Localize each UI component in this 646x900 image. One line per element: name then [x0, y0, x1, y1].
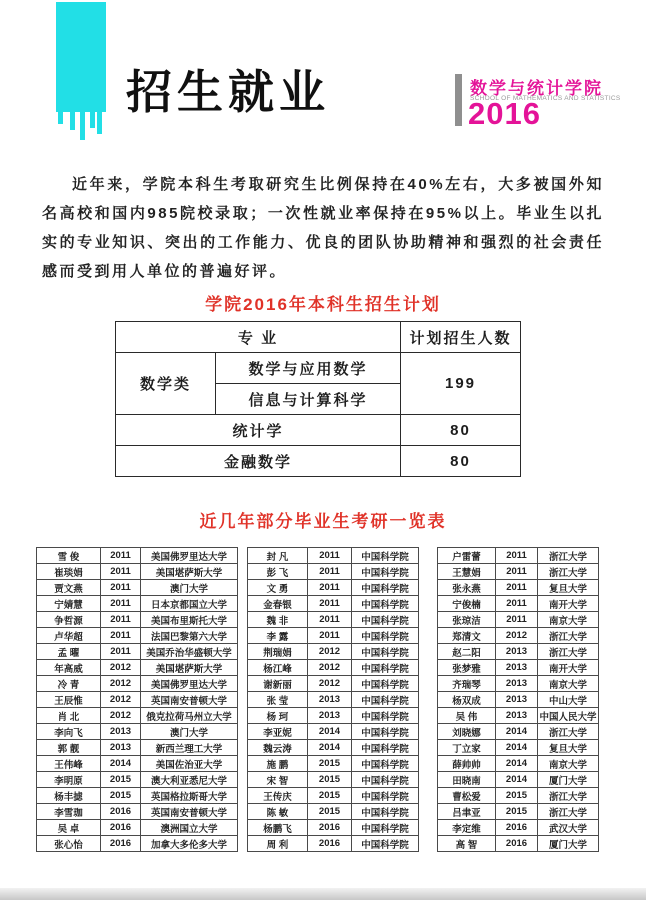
grad-name: 张心怡 — [37, 836, 101, 852]
grad-school: 美国堪萨斯大学 — [141, 564, 238, 580]
grad-year: 2013 — [496, 676, 538, 692]
grad-row: 冷 青2012美国佛罗里达大学 — [37, 676, 238, 692]
grad-row: 李定维2016武汉大学 — [438, 820, 599, 836]
grad-name: 李明原 — [37, 772, 101, 788]
grad-row: 杨鹏飞2016中国科学院 — [248, 820, 419, 836]
grad-row: 张永燕2011复旦大学 — [438, 580, 599, 596]
grad-year: 2011 — [496, 564, 538, 580]
grad-name: 张琼洁 — [438, 612, 496, 628]
grad-year: 2016 — [101, 836, 141, 852]
grad-year: 2011 — [101, 628, 141, 644]
grad-row: 争哲源2011美国布里斯托大学 — [37, 612, 238, 628]
grad-row: 张 莹2013中国科学院 — [248, 692, 419, 708]
grad-school: 复旦大学 — [538, 580, 599, 596]
grad-name: 齐瑞琴 — [438, 676, 496, 692]
grad-name: 杨江峰 — [248, 660, 308, 676]
grad-school: 美国佐治亚大学 — [141, 756, 238, 772]
grad-table-abroad: 雪 俊2011美国佛罗里达大学崔琰娟2011美国堪萨斯大学贾文燕2011澳门大学… — [36, 547, 238, 852]
grad-school: 美国布里斯托大学 — [141, 612, 238, 628]
grad-school: 中国科学院 — [352, 644, 419, 660]
grad-name: 雪 俊 — [37, 548, 101, 564]
grad-name: 吕聿亚 — [438, 804, 496, 820]
grad-year: 2014 — [308, 740, 352, 756]
grad-row: 王传庆2015中国科学院 — [248, 788, 419, 804]
grad-year: 2011 — [101, 564, 141, 580]
page-bottom-scan-shadow — [0, 888, 646, 900]
grad-year: 2011 — [496, 548, 538, 564]
grad-row: 杨 珂2013中国科学院 — [248, 708, 419, 724]
grad-year: 2012 — [101, 692, 141, 708]
grad-row: 李明原2015澳大利亚悉尼大学 — [37, 772, 238, 788]
admission-planned: 80 — [401, 446, 521, 477]
grad-name: 争哲源 — [37, 612, 101, 628]
grad-school: 俄克拉荷马州立大学 — [141, 708, 238, 724]
grad-year: 2011 — [101, 548, 141, 564]
grad-row: 李向飞2013澳门大学 — [37, 724, 238, 740]
grad-name: 肖 北 — [37, 708, 101, 724]
grad-year: 2011 — [308, 564, 352, 580]
grad-year: 2011 — [101, 580, 141, 596]
grad-name: 王伟峰 — [37, 756, 101, 772]
grad-year: 2012 — [308, 676, 352, 692]
grad-school: 中国科学院 — [352, 692, 419, 708]
grad-name: 李定维 — [438, 820, 496, 836]
grad-name: 王辰惟 — [37, 692, 101, 708]
grad-name: 宁俊楠 — [438, 596, 496, 612]
grad-school: 美国佛罗里达大学 — [141, 548, 238, 564]
grad-year: 2014 — [101, 756, 141, 772]
grad-school: 加拿大多伦多大学 — [141, 836, 238, 852]
grad-row: 施 鹏2015中国科学院 — [248, 756, 419, 772]
grad-row: 贾文燕2011澳门大学 — [37, 580, 238, 596]
grad-school: 浙江大学 — [538, 564, 599, 580]
grad-school: 美国佛罗里达大学 — [141, 676, 238, 692]
grad-row: 宁俊楠2011南开大学 — [438, 596, 599, 612]
grad-year: 2013 — [308, 708, 352, 724]
grad-school: 中山大学 — [538, 692, 599, 708]
grad-school: 武汉大学 — [538, 820, 599, 836]
grad-row: 杨双成2013中山大学 — [438, 692, 599, 708]
grad-name: 荆瑞娟 — [248, 644, 308, 660]
section-title-admission-plan: 学院2016年本科生招生计划 — [0, 290, 646, 315]
grad-school: 南京大学 — [538, 676, 599, 692]
grad-row: 李雪珈2016英国南安普顿大学 — [37, 804, 238, 820]
grad-row: 魏云涛2014中国科学院 — [248, 740, 419, 756]
grad-name: 曹松爱 — [438, 788, 496, 804]
grad-name: 李雪珈 — [37, 804, 101, 820]
grad-school: 澳门大学 — [141, 580, 238, 596]
grad-year: 2016 — [308, 836, 352, 852]
grad-row: 李 露2011中国科学院 — [248, 628, 419, 644]
grad-name: 郑清文 — [438, 628, 496, 644]
admission-major: 统计学 — [116, 415, 401, 446]
grad-school: 日本京都国立大学 — [141, 596, 238, 612]
grad-name: 谢新丽 — [248, 676, 308, 692]
logo-drip-bar — [90, 112, 95, 128]
grad-name: 金春银 — [248, 596, 308, 612]
grad-year: 2011 — [101, 596, 141, 612]
grad-name: 丁立家 — [438, 740, 496, 756]
grad-year: 2011 — [308, 596, 352, 612]
grad-row: 崔琰娟2011美国堪萨斯大学 — [37, 564, 238, 580]
grad-name: 田晓南 — [438, 772, 496, 788]
grad-name: 孟 曜 — [37, 644, 101, 660]
grad-name: 冷 青 — [37, 676, 101, 692]
grad-school: 中国科学院 — [352, 596, 419, 612]
grad-row: 齐瑞琴2013南京大学 — [438, 676, 599, 692]
grad-school: 中国科学院 — [352, 836, 419, 852]
admission-sub-major: 数学与应用数学 — [216, 353, 401, 384]
grad-school: 中国科学院 — [352, 772, 419, 788]
grad-row: 金春银2011中国科学院 — [248, 596, 419, 612]
grad-year: 2013 — [101, 740, 141, 756]
grad-year: 2012 — [496, 628, 538, 644]
grad-name: 李亚妮 — [248, 724, 308, 740]
logo-drip-bar — [80, 112, 85, 140]
grad-school: 英国格拉斯哥大学 — [141, 788, 238, 804]
grad-name: 李 露 — [248, 628, 308, 644]
intro-paragraph: 近年来，学院本科生考取研究生比例保持在40%左右，大多被国外知名高校和国内985… — [42, 170, 604, 286]
college-logo-mark-icon — [56, 2, 106, 112]
grad-row: 吕聿亚2015浙江大学 — [438, 804, 599, 820]
grad-school: 浙江大学 — [538, 788, 599, 804]
grad-year: 2014 — [496, 756, 538, 772]
grad-year: 2015 — [308, 788, 352, 804]
grad-row: 陈 敏2015中国科学院 — [248, 804, 419, 820]
grad-year: 2012 — [308, 660, 352, 676]
grad-school: 中国科学院 — [352, 676, 419, 692]
grad-year: 2015 — [496, 804, 538, 820]
grad-school: 中国科学院 — [352, 580, 419, 596]
college-year: 2016 — [468, 96, 541, 132]
grad-name: 杨鹏飞 — [248, 820, 308, 836]
grad-school: 中国科学院 — [352, 612, 419, 628]
grad-school: 法国巴黎第六大学 — [141, 628, 238, 644]
grad-school: 新西兰理工大学 — [141, 740, 238, 756]
grad-school: 厦门大学 — [538, 772, 599, 788]
grad-name: 王传庆 — [248, 788, 308, 804]
grad-name: 郭 靓 — [37, 740, 101, 756]
grad-year: 2014 — [496, 724, 538, 740]
grad-year: 2015 — [101, 772, 141, 788]
grad-row: 文 勇2011中国科学院 — [248, 580, 419, 596]
grad-name: 施 鹏 — [248, 756, 308, 772]
grad-year: 2011 — [308, 548, 352, 564]
grad-name: 彭 飞 — [248, 564, 308, 580]
grad-row: 李亚妮2014中国科学院 — [248, 724, 419, 740]
grad-school: 浙江大学 — [538, 628, 599, 644]
grad-year: 2012 — [101, 660, 141, 676]
grad-school: 浙江大学 — [538, 804, 599, 820]
admission-row: 金融数学 80 — [116, 446, 521, 477]
logo-drip-bar — [97, 112, 102, 134]
grad-row: 年高威2012美国堪萨斯大学 — [37, 660, 238, 676]
grad-name: 魏 非 — [248, 612, 308, 628]
grad-name: 宁婧慧 — [37, 596, 101, 612]
grad-year: 2013 — [496, 708, 538, 724]
grad-row: 王辰惟2012英国南安普顿大学 — [37, 692, 238, 708]
admission-header-row: 专 业 计划招生人数 — [116, 322, 521, 353]
grad-table-domestic: 户雷蕾2011浙江大学王慧娟2011浙江大学张永燕2011复旦大学宁俊楠2011… — [437, 547, 599, 852]
grad-year: 2014 — [496, 740, 538, 756]
admission-major: 金融数学 — [116, 446, 401, 477]
grad-school: 中国科学院 — [352, 724, 419, 740]
grad-school: 南京大学 — [538, 612, 599, 628]
grad-school: 浙江大学 — [538, 548, 599, 564]
grad-school: 浙江大学 — [538, 724, 599, 740]
grad-school: 中国科学院 — [352, 756, 419, 772]
grad-school: 中国人民大学 — [538, 708, 599, 724]
grad-school: 中国科学院 — [352, 628, 419, 644]
grad-year: 2013 — [308, 692, 352, 708]
grad-school: 美国堪萨斯大学 — [141, 660, 238, 676]
grad-year: 2011 — [101, 644, 141, 660]
admission-sub-major: 信息与计算科学 — [216, 384, 401, 415]
grad-year: 2011 — [101, 612, 141, 628]
grad-name: 魏云涛 — [248, 740, 308, 756]
grad-year: 2016 — [101, 804, 141, 820]
section-title-grad-list: 近几年部分毕业生考研一览表 — [0, 507, 646, 532]
grad-year: 2015 — [101, 788, 141, 804]
grad-year: 2012 — [308, 644, 352, 660]
grad-name: 吴 卓 — [37, 820, 101, 836]
grad-year: 2013 — [101, 724, 141, 740]
grad-school: 中国科学院 — [352, 660, 419, 676]
grad-year: 2016 — [308, 820, 352, 836]
grad-name: 刘晓娜 — [438, 724, 496, 740]
grad-row: 雪 俊2011美国佛罗里达大学 — [37, 548, 238, 564]
grad-row: 赵二阳2013浙江大学 — [438, 644, 599, 660]
grad-school: 南京大学 — [538, 756, 599, 772]
grad-year: 2011 — [308, 612, 352, 628]
admission-group-label: 数学类 — [116, 353, 216, 415]
grad-table-cas: 封 凡2011中国科学院彭 飞2011中国科学院文 勇2011中国科学院金春银2… — [247, 547, 419, 852]
grad-name: 赵二阳 — [438, 644, 496, 660]
grad-school: 厦门大学 — [538, 836, 599, 852]
grad-name: 文 勇 — [248, 580, 308, 596]
grad-name: 杨双成 — [438, 692, 496, 708]
grad-school: 南开大学 — [538, 596, 599, 612]
grad-name: 薛帅帅 — [438, 756, 496, 772]
grad-row: 薛帅帅2014南京大学 — [438, 756, 599, 772]
grad-year: 2011 — [496, 596, 538, 612]
grad-school: 澳门大学 — [141, 724, 238, 740]
page-title: 招生就业 — [126, 56, 330, 122]
grad-row: 彭 飞2011中国科学院 — [248, 564, 419, 580]
grad-row: 宁婧慧2011日本京都国立大学 — [37, 596, 238, 612]
grad-row: 卢华超2011法国巴黎第六大学 — [37, 628, 238, 644]
grad-row: 王伟峰2014美国佐治亚大学 — [37, 756, 238, 772]
grad-year: 2015 — [308, 804, 352, 820]
header-accent-bar — [455, 74, 462, 126]
grad-year: 2011 — [308, 580, 352, 596]
grad-year: 2014 — [496, 772, 538, 788]
grad-name: 宋 智 — [248, 772, 308, 788]
admission-header-major: 专 业 — [116, 322, 401, 353]
admission-row: 数学类 数学与应用数学 199 — [116, 353, 521, 384]
grad-year: 2016 — [101, 820, 141, 836]
grad-school: 中国科学院 — [352, 548, 419, 564]
grad-row: 谢新丽2012中国科学院 — [248, 676, 419, 692]
grad-row: 肖 北2012俄克拉荷马州立大学 — [37, 708, 238, 724]
grad-row: 魏 非2011中国科学院 — [248, 612, 419, 628]
grad-row: 宋 智2015中国科学院 — [248, 772, 419, 788]
grad-name: 周 利 — [248, 836, 308, 852]
grad-year: 2015 — [496, 788, 538, 804]
grad-row: 郑清文2012浙江大学 — [438, 628, 599, 644]
grad-name: 户雷蕾 — [438, 548, 496, 564]
grad-year: 2016 — [496, 836, 538, 852]
grad-school: 中国科学院 — [352, 788, 419, 804]
grad-name: 崔琰娟 — [37, 564, 101, 580]
grad-name: 张梦雅 — [438, 660, 496, 676]
grad-row: 郭 靓2013新西兰理工大学 — [37, 740, 238, 756]
grad-year: 2013 — [496, 660, 538, 676]
grad-school: 澳洲国立大学 — [141, 820, 238, 836]
grad-row: 田晓南2014厦门大学 — [438, 772, 599, 788]
grad-school: 浙江大学 — [538, 644, 599, 660]
grad-year: 2012 — [101, 676, 141, 692]
logo-drip-bar — [70, 112, 75, 130]
grad-name: 贾文燕 — [37, 580, 101, 596]
grad-name: 封 凡 — [248, 548, 308, 564]
grad-school: 澳大利亚悉尼大学 — [141, 772, 238, 788]
grad-year: 2015 — [308, 756, 352, 772]
grad-name: 张永燕 — [438, 580, 496, 596]
grad-school: 中国科学院 — [352, 804, 419, 820]
grad-year: 2014 — [308, 724, 352, 740]
admission-plan-table: 专 业 计划招生人数 数学类 数学与应用数学 199 信息与计算科学 统计学 8… — [115, 321, 521, 477]
admission-planned: 80 — [401, 415, 521, 446]
grad-name: 杨 珂 — [248, 708, 308, 724]
grad-row: 吴 卓2016澳洲国立大学 — [37, 820, 238, 836]
grad-name: 年高威 — [37, 660, 101, 676]
grad-row: 吴 伟2013中国人民大学 — [438, 708, 599, 724]
grad-year: 2011 — [308, 628, 352, 644]
grad-row: 张梦雅2013南开大学 — [438, 660, 599, 676]
grad-row: 王慧娟2011浙江大学 — [438, 564, 599, 580]
grad-school: 中国科学院 — [352, 820, 419, 836]
grad-school: 英国南安普顿大学 — [141, 692, 238, 708]
scanned-document-page: 招生就业 数学与统计学院 SCHOOL OF MATHEMATICS AND S… — [0, 0, 646, 900]
admission-group-planned: 199 — [401, 353, 521, 415]
grad-school: 南开大学 — [538, 660, 599, 676]
grad-row: 户雷蕾2011浙江大学 — [438, 548, 599, 564]
grad-school: 中国科学院 — [352, 708, 419, 724]
grad-row: 封 凡2011中国科学院 — [248, 548, 419, 564]
grad-row: 荆瑞娟2012中国科学院 — [248, 644, 419, 660]
grad-name: 吴 伟 — [438, 708, 496, 724]
grad-row: 刘晓娜2014浙江大学 — [438, 724, 599, 740]
grad-row: 丁立家2014复旦大学 — [438, 740, 599, 756]
grad-row: 张心怡2016加拿大多伦多大学 — [37, 836, 238, 852]
grad-row: 张琼洁2011南京大学 — [438, 612, 599, 628]
grad-row: 杨丰摅2015英国格拉斯哥大学 — [37, 788, 238, 804]
grad-year: 2013 — [496, 692, 538, 708]
grad-row: 高 智2016厦门大学 — [438, 836, 599, 852]
grad-row: 孟 曜2011美国乔治华盛顿大学 — [37, 644, 238, 660]
grad-year: 2013 — [496, 644, 538, 660]
logo-drip-bar — [58, 112, 63, 124]
grad-school: 美国乔治华盛顿大学 — [141, 644, 238, 660]
grad-year: 2012 — [101, 708, 141, 724]
grad-name: 高 智 — [438, 836, 496, 852]
grad-school: 中国科学院 — [352, 564, 419, 580]
grad-name: 李向飞 — [37, 724, 101, 740]
grad-year: 2016 — [496, 820, 538, 836]
grad-year: 2015 — [308, 772, 352, 788]
grad-name: 杨丰摅 — [37, 788, 101, 804]
grad-row: 周 利2016中国科学院 — [248, 836, 419, 852]
grad-name: 王慧娟 — [438, 564, 496, 580]
grad-row: 杨江峰2012中国科学院 — [248, 660, 419, 676]
grad-name: 陈 敏 — [248, 804, 308, 820]
grad-school: 复旦大学 — [538, 740, 599, 756]
grad-row: 曹松爱2015浙江大学 — [438, 788, 599, 804]
grad-year: 2011 — [496, 612, 538, 628]
grad-school: 英国南安普顿大学 — [141, 804, 238, 820]
grad-school: 中国科学院 — [352, 740, 419, 756]
admission-header-planned: 计划招生人数 — [401, 322, 521, 353]
grad-name: 卢华超 — [37, 628, 101, 644]
grad-name: 张 莹 — [248, 692, 308, 708]
admission-row: 统计学 80 — [116, 415, 521, 446]
grad-year: 2011 — [496, 580, 538, 596]
